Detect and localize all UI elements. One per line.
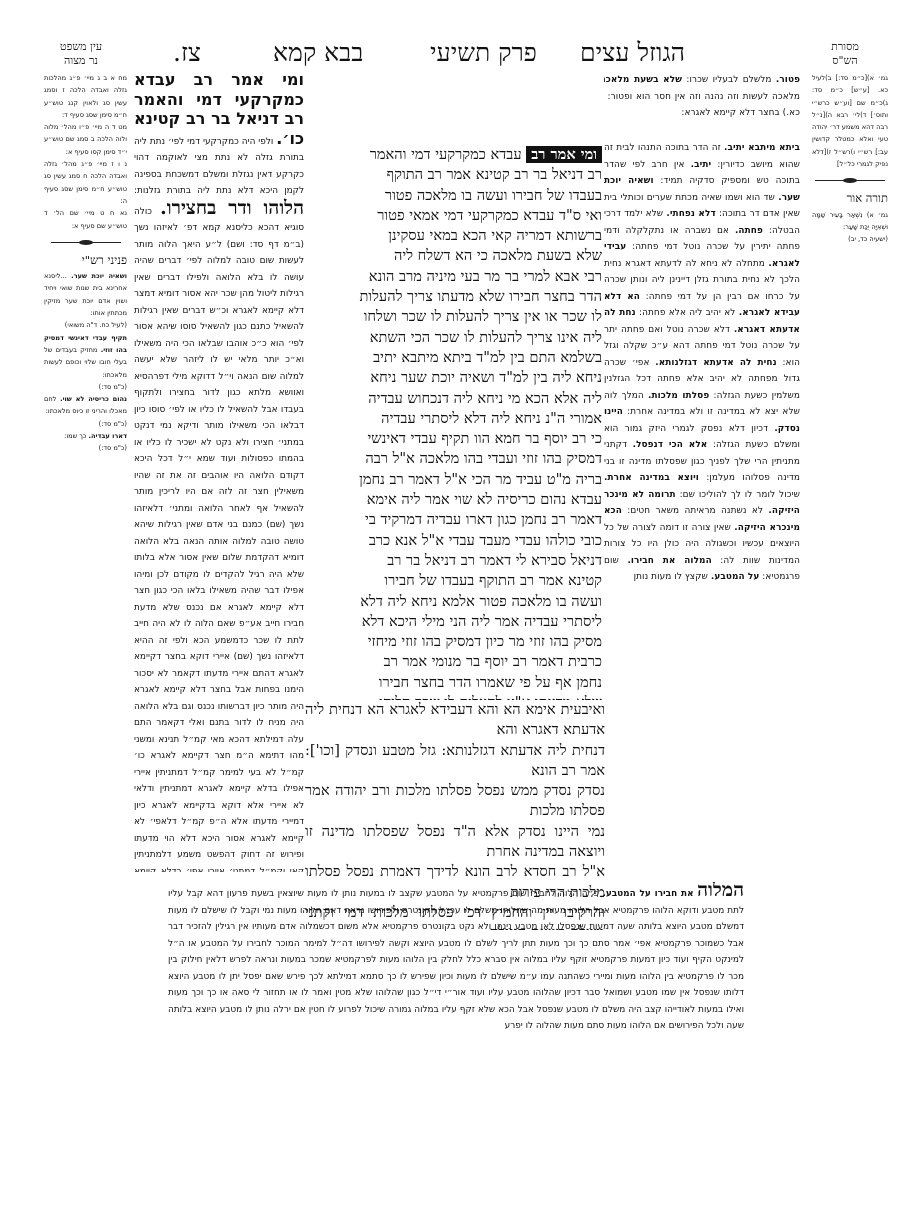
tosafot-column: ומי אמר רב עבדא כמקרקעי דמי והאמר רב דני… (134, 72, 304, 872)
rashi-dibbur: ביתא מיתבא יתיב. (724, 143, 800, 153)
gemara-line: לו שכר או אין צריך להעלות לו שכר ושלחו (310, 307, 602, 327)
ein-mishpat-entry: מח א ב ג מיי׳ פ״ג מהלכות גזלה ואבדה הלכה… (44, 72, 127, 121)
masoret-heading-line1: מסורת (810, 40, 880, 54)
masoret-heading-line2: הש"ס (810, 54, 880, 68)
rashi-column-continued: ביתא מיתבא יתיב. זה הדר בתוכה התנהו לבית… (604, 140, 800, 880)
bottom-tosafot-dibbur-rest: את חבירו על המטבע. (602, 889, 693, 899)
gemara-line: רבי אבא למרי בר מר בעי מיניה מרב הונא (310, 267, 602, 287)
rashi-text: שקצץ לו מעות נותן (634, 572, 708, 582)
gemara-line: ואי ס"ד עבדא כמקרקעי דמי אמאי פטור (310, 206, 602, 226)
rashi-dibbur: יתיב. (691, 160, 712, 170)
ein-mishpat-entry: נ ו ז מיי׳ פ״ג מהל׳ גזלה ואבדה הלכה ח סמ… (44, 158, 127, 207)
rashi-dibbur: פסלתו מלכות. (648, 391, 709, 401)
gemara-wide-line: דנחית ליה אדעתא דגזלנותא: גזל מטבע ונסדק… (305, 741, 605, 782)
torah-or-ref: (ישעיה כד, יב) (812, 233, 888, 245)
pninei-rashi-entry: נהום כריסיה לא שוי. לחם מאכלו והריני זו … (44, 393, 127, 430)
gemara-line: בשלמא התם בין למ"ד ביתא מיתבא יתיב (310, 348, 602, 368)
gemara-line: שלא בשעת מלאכה כי הא דשלח ליה (310, 246, 602, 266)
gemara-line: בריה מ"ט עביד מר הכי א"ל דאמר רב נחמן (310, 470, 602, 490)
pninei-rashi-ref: (כ"מ סד:) (44, 418, 127, 430)
pninei-rashi-entry: ושאיה יוכת שער. ...ליסנא אחרינא בית שנות… (44, 270, 127, 331)
chapter-name: הגוזל עצים (580, 38, 685, 68)
gemara-line: הדר בחצר חבירו שלא מדעתו צריך להעלות (310, 287, 602, 307)
rashi-dibbur: שלא בשעת מלאכה. (604, 75, 682, 85)
pninei-rashi-entry: דארו עבדיה. כך שמו: (כ"מ סד:) (44, 430, 127, 455)
gemara-opening-words: ומי אמר רב (526, 146, 602, 163)
ein-mishpat-entry: נא ח ט מיי׳ שם הל׳ ד טוש״ע שם סעיף א: (44, 207, 127, 232)
ein-mishpat-heading-line2: נר מצוה (46, 54, 116, 68)
gemara-line: דמסיק בהו זוזי ועבדי בהו מלאכה א"ל רבה (310, 449, 602, 469)
gemara-line: ליה אינו צריך להעלות לו שכר הכי השתא (310, 328, 602, 348)
tosafot-dibbur-hamatchil: הלוהו ודר בחצירו. (160, 197, 304, 219)
rashi-dibbur: ויוצא במדינה אחרת. (604, 473, 699, 483)
gemara-line: ניחא ליה בין למ"ד ושאיה יוכת שער ניחא (310, 368, 602, 388)
gemara-wide-line: נמי היינו נסדק אלא ה"ד נפסל שפסלתו מדינה… (305, 822, 605, 863)
gemara-line: ברשותא דמריה קאי הכא במאי עסקינן (310, 226, 602, 246)
rashi-text: מלשלם לבעליו שכרו: (686, 75, 771, 85)
bottom-tosafot: המלוה את חבירו על המטבע. פ״ה הלוה לחבירו… (168, 882, 744, 1062)
rashi-dibbur: פטור. (776, 75, 800, 85)
tractate-name: בבא קמא (273, 38, 363, 68)
pninei-rashi-ref: (כ"מ סד:) (44, 381, 127, 393)
ornamental-divider (815, 178, 885, 184)
gemara-column: ומי אמר רב עבדא כמקרקעי דמי והאמר רב דני… (310, 145, 602, 700)
rashi-dibbur: אלא הכי דנפסל. (633, 440, 708, 450)
gemara-line: דניאל סבירא לי דאמר רב דניאל בר רב (310, 551, 602, 571)
rashi-top-block: פטור. מלשלם לבעליו שכרו: שלא בשעת מלאכה.… (604, 72, 800, 122)
pninei-rashi-entry: תקיף עבדי דאינשי דמסיק בהו זוזי. מחזיק ב… (44, 332, 127, 393)
rashi-dibbur: דלא נפחתי. (666, 209, 715, 219)
gemara-line: נחמן אף על פי שאמרו הדר בחצר חבירו (310, 673, 602, 693)
gemara-line: אמורי ה"נ ניחא ליה דלא ליסתרי עבדיה (310, 409, 602, 429)
chapter-number: פרק תשיעי (430, 38, 537, 68)
gemara-line: כובי כולהו עבדי מעבד עבדי א"ל אנא כרב (310, 531, 602, 551)
gemara-line: מסיק בהו זוזי מר כיון דמסיק בהו זוזי מיח… (310, 632, 602, 652)
pninei-rashi-dibbur: דארו עבדיה. (89, 432, 127, 440)
gemara-line: ומי אמר רב עבדא כמקרקעי דמי והאמר (310, 145, 602, 165)
rashi-text: שיכול לומר לו לך להוליכו שם: (680, 490, 800, 500)
gemara-line: דאמר רב נחמן כגון דארו עבדיה דמרקיד בי (310, 510, 602, 530)
pninei-rashi-title: פניני רש"י (44, 254, 127, 266)
folio-number: צז. (173, 38, 201, 68)
torah-or-title: תורה אור (812, 192, 888, 204)
gemara-line: רב דניאל בר רב קטינא אמר רב התוקף (310, 165, 602, 185)
torah-or-verse: גמ׳ א) נִשְׁאַר בָּעִיר שַׁמָּה וּשְׁאִי… (812, 209, 888, 234)
pninei-rashi-ref: (לעיל כח. ד"ה משואי) (44, 319, 127, 331)
gemara-line: כרבית דאמר רב יוסף בר מנומי אמר רב (310, 652, 602, 672)
rashi-dibbur: על המטבע. (711, 572, 760, 582)
gemara-wide-line: נסדק נסדק ממש נפסל פסלתו מלכות ורב יהודה… (305, 781, 605, 822)
gemara-line: עבדא נהום כריסיה לא שוי אמר ליה אימא (310, 490, 602, 510)
bottom-tosafot-text: פ״ה הלוה לחבירו שום פרקמטיא על המטבע שקצ… (168, 889, 744, 1031)
gemara-line: ליה אלא הכא מי ניחא ליה דנכחוש עבדיה (310, 389, 602, 409)
gemara-line: שלא מדעתו א"צ להעלות לו שכר הלוהו (310, 693, 602, 700)
gemara-line: קטינא אמר רב התוקף בעבדו של חבירו (310, 571, 602, 591)
ein-mishpat-heading-line1: עין משפט (46, 40, 116, 54)
rashi-dibbur: נחית לה אדעתא דגזלנותא. (655, 358, 776, 368)
masoret-hashas-notes: גמ׳ א)[כ״מ סד:] ב)לעיל כא. [ע״ש] כ״מ סד:… (812, 72, 888, 170)
ein-mishpat-heading: עין משפט נר מצוה (46, 40, 116, 68)
ornamental-divider (51, 240, 121, 246)
ein-mishpat-entry: מט ד ה מיי׳ פ״ו מהל׳ מלוה ולוה הלכה ב סמ… (44, 121, 127, 158)
masoret-hashas-heading: מסורת הש"ס (810, 40, 880, 68)
gemara-line: בעבדו של חבירו ועשה בו מלאכה פטור (310, 186, 602, 206)
tosafot-text: כולה סוגיא דהכא כליסנא קמא דפ׳ לאיזהו נש… (134, 207, 304, 873)
pninei-rashi-dibbur: ושאיה יוכת שער. (71, 272, 127, 280)
pninei-rashi-ref: (כ"מ סד:) (44, 442, 127, 454)
gemara-line: ועשה בו מלאכה פטור אלמא ניחא ליה דלא (310, 592, 602, 612)
pninei-rashi-dibbur: נהום כריסיה לא שוי. (60, 395, 127, 403)
rashi-text: לא יהיב ליה אלא פחתה: (639, 308, 735, 318)
bottom-tosafot-dibbur-big: המלוה (697, 882, 744, 901)
pninei-rashi-text: כך שמו: (64, 432, 86, 440)
ein-mishpat-column: מח א ב ג מיי׳ פ״ג מהלכות גזלה ואבדה הלכה… (44, 72, 127, 532)
rashi-dibbur: פחתה. (735, 226, 763, 236)
rashi-dibbur: המלוה את חבירו. (627, 556, 711, 566)
gemara-line: כי רב יוסף בר חמא הוו תקיף עבדי דאינשי (310, 429, 602, 449)
gemara-wide-line: ואיבעית אימא הא והא דעבידא לאגרא הא דנחי… (305, 700, 605, 741)
rashi-text: לא נשתנה מראיתה משאר חטים: (627, 506, 763, 516)
gemara-line: ליסתרי עבדיה אמר ליה הני מילי היכא דלא (310, 612, 602, 632)
masoret-hashas-column: גמ׳ א)[כ״מ סד:] ב)לעיל כא. [ע״ש] כ״מ סד:… (812, 72, 888, 312)
